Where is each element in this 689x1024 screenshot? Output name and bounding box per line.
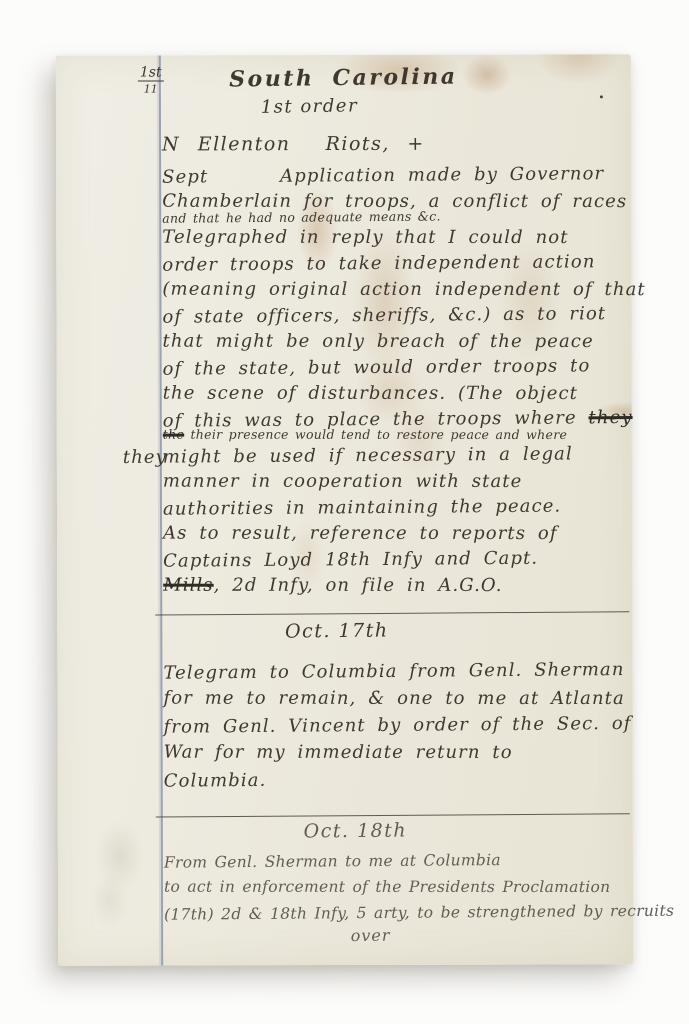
manuscript-page: 1st 11 South Carolina 1st order N Ellent… — [56, 54, 633, 966]
section-lines: From Genl. Sherman to me at Columbiato a… — [164, 847, 627, 926]
page-turn-note: over — [139, 923, 602, 950]
line-text: From Genl. Sherman to me at Columbia — [164, 851, 501, 872]
manuscript-line: War for my immediate return to — [164, 739, 627, 766]
line-text: to act in enforcement of the Presidents … — [164, 878, 610, 896]
section-heading: Oct. 18th — [124, 818, 587, 848]
manuscript-line: From Genl. Sherman to me at Columbia — [164, 846, 627, 876]
margin-note: Sept — [162, 164, 208, 190]
manuscript-line: authorities in maintaining the peace. — [163, 493, 626, 523]
manuscript-line: for me to remain, & one to me at Atlanta — [163, 685, 626, 712]
struck-word: the — [163, 427, 184, 442]
manuscript-line: that might be only breach of the peace — [163, 329, 626, 355]
manuscript-line: As to result, reference to reports of — [163, 521, 626, 547]
manuscript-line: Columbia. — [164, 764, 627, 795]
section-ellenton-riots: N Ellenton Riots, + SeptApplication made… — [162, 132, 626, 599]
section-oct-18: Oct. 18th From Genl. Sherman to me at Co… — [164, 819, 627, 948]
section-oct-17: Oct. 17th Telegram to Columbia from Genl… — [163, 619, 626, 793]
line-text: the scene of disturbances. (The object — [163, 383, 578, 404]
manuscript-line: from Genl. Vincent by order of the Sec. … — [163, 710, 626, 741]
line-text: Captains Loyd 18th Infy and Capt. — [163, 548, 538, 572]
line-text: of state officers, sheriffs, &c.) as to … — [162, 303, 606, 327]
section-lines: Telegram to Columbia from Genl. Shermanf… — [163, 657, 626, 793]
manuscript-line: SeptApplication made by Governor — [162, 161, 625, 191]
line-text: As to result, reference to reports of — [163, 523, 558, 544]
line-text: Columbia. — [164, 770, 267, 792]
line-text: Telegram to Columbia from Genl. Sherman — [163, 659, 624, 684]
manuscript-line: order troops to take independent action — [162, 249, 625, 279]
line-text: authorities in maintaining the peace. — [163, 496, 561, 520]
line-text: War for my immediate return to — [164, 742, 513, 763]
manuscript-line: to act in enforcement of the Presidents … — [164, 874, 627, 900]
line-text: order troops to take independent action — [162, 251, 595, 275]
manuscript-line: of the state, but would order troops to — [163, 353, 626, 383]
line-text: manner in cooperation with state — [163, 471, 522, 492]
line-text: that might be only breach of the peace — [163, 331, 594, 352]
manuscript-line: (meaning original action independent of … — [162, 277, 625, 303]
line-text: and that he had no adequate means &c. — [162, 209, 441, 226]
line-text: might be used if necessary in a legal — [163, 443, 573, 467]
manuscript-line: Captains Loyd 18th Infy and Capt. — [163, 545, 626, 575]
line-text: their presence would tend to restore pea… — [184, 427, 567, 442]
manuscript-line: the scene of disturbances. (The object — [163, 381, 626, 407]
line-text: Application made by Governor — [280, 163, 604, 187]
manuscript-line: Mills, 2d Infy, on file in A.G.O. — [163, 573, 626, 599]
margin-note: they — [123, 445, 167, 471]
manuscript-line: theymight be used if necessary in a lega… — [163, 441, 626, 471]
section-heading: Oct. 17th — [105, 617, 568, 652]
line-text: (meaning original action independent of … — [162, 279, 645, 300]
line-text: Telegraphed in reply that I could not — [162, 227, 568, 248]
line-text: from Genl. Vincent by order of the Sec. … — [163, 713, 631, 738]
ink-divider-line — [156, 813, 630, 817]
section-lines: SeptApplication made by GovernorChamberl… — [162, 162, 626, 599]
struck-word: Mills — [163, 575, 213, 596]
line-text: of the state, but would order troops to — [163, 355, 591, 379]
line-text: for me to remain, & one to me at Atlanta — [163, 688, 624, 709]
manuscript-line: Telegraphed in reply that I could not — [162, 225, 625, 251]
section-heading: N Ellenton Riots, + — [162, 132, 625, 163]
ink-spot — [600, 95, 603, 98]
line-text: , 2d Infy, on file in A.G.O. — [214, 575, 503, 596]
manuscript-body: N Ellenton Riots, + SeptApplication made… — [162, 132, 627, 948]
ink-divider-line — [155, 611, 629, 615]
photo-backdrop: 1st 11 South Carolina 1st order N Ellent… — [0, 0, 689, 1024]
manuscript-line: of state officers, sheriffs, &c.) as to … — [162, 301, 625, 331]
struck-word: they — [588, 407, 632, 428]
manuscript-line: Telegram to Columbia from Genl. Sherman — [163, 656, 626, 687]
manuscript-line: manner in cooperation with state — [163, 469, 626, 495]
line-text: (17th) 2d & 18th Infy, 5 arty, to be str… — [164, 902, 674, 924]
